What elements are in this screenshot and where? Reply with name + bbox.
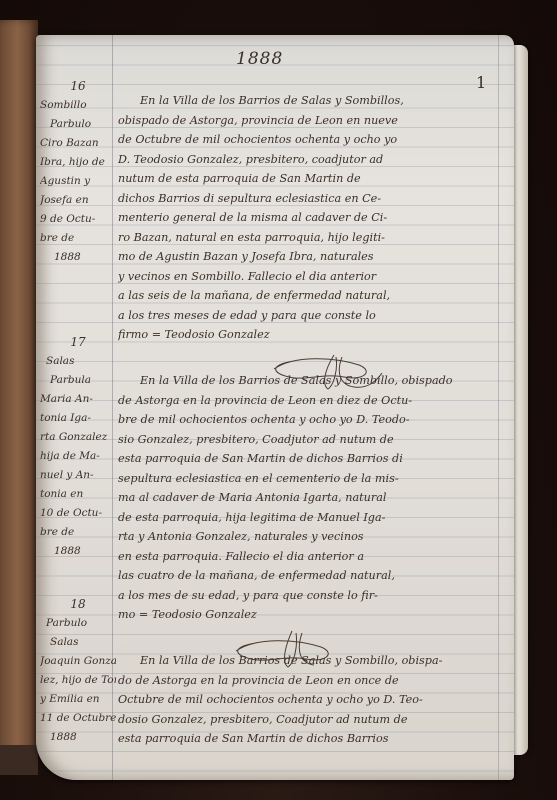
margin-line: Ciro Bazan xyxy=(40,134,116,153)
text-line: a los tres meses de edad y para que cons… xyxy=(118,306,494,326)
text-line: obispado de Astorga, provincia de Leon e… xyxy=(118,111,494,131)
margin-line: lez, hijo de Tomas xyxy=(40,671,116,690)
margin-line: Josefa en xyxy=(40,191,116,210)
margin-note: 18 Parbulo Salas Joaquin Gonza- lez, hij… xyxy=(40,595,116,747)
margin-line: 9 de Octu- xyxy=(40,210,116,229)
text-line: a las seis de la mañana, de enfermedad n… xyxy=(118,286,494,306)
text-line: las cuatro de la mañana, de enfermedad n… xyxy=(118,566,494,586)
margin-line: tonia en xyxy=(40,485,116,504)
text-line: dosio Gonzalez, presbitero, Coadjutor ad… xyxy=(118,710,494,730)
text-line: Octubre de mil ochocientos ochenta y och… xyxy=(118,690,494,710)
entry-number: 17 xyxy=(40,333,116,352)
text-line: En la Villa de los Barrios de Salas y So… xyxy=(118,91,494,111)
text-line: esta parroquia de San Martin de dichos B… xyxy=(118,449,494,469)
margin-line: Salas xyxy=(40,352,116,371)
margin-line: bre de xyxy=(40,229,116,248)
text-line: menterio general de la misma al cadaver … xyxy=(118,208,494,228)
entry-number: 18 xyxy=(40,595,116,614)
margin-line: Joaquin Gonza- xyxy=(40,652,116,671)
margin-note: 17 Salas Parbula Maria An- tonia Iga- rt… xyxy=(40,333,116,561)
margin-line: Sombillo xyxy=(40,96,116,115)
margin-note: 16 Sombillo Parbulo Ciro Bazan Ibra, hij… xyxy=(40,77,116,267)
text-line: nutum de esta parroquia de San Martin de xyxy=(118,169,494,189)
margin-line: y Emilia en xyxy=(40,690,116,709)
margin-line: hija de Ma- xyxy=(40,447,116,466)
margin-line: Agustin y xyxy=(40,172,116,191)
text-line: y vecinos en Sombillo. Fallecio el dia a… xyxy=(118,267,494,287)
year-header: 1888 xyxy=(236,49,283,69)
page-number: 1 xyxy=(476,73,486,92)
text-line: dichos Barrios di sepultura eclesiastica… xyxy=(118,189,494,209)
margin-line: Maria An- xyxy=(40,390,116,409)
entry-body: En la Villa de los Barrios de Salas y So… xyxy=(118,371,494,625)
entry-body: En la Villa de los Barrios de Salas y So… xyxy=(118,651,494,749)
text-line: En la Villa de los Barrios de Salas y So… xyxy=(118,371,494,391)
margin-line: Salas xyxy=(40,633,116,652)
text-line: a los mes de su edad, y para que conste … xyxy=(118,586,494,606)
left-page-fold xyxy=(0,745,38,775)
entry-number: 16 xyxy=(40,77,116,96)
register-page: 1888 1 16 Sombillo Parbulo Ciro Bazan Ib… xyxy=(36,35,514,780)
entry-body: En la Villa de los Barrios de Salas y So… xyxy=(118,91,494,345)
margin-line: 1888 xyxy=(40,542,116,561)
margin-line: Ibra, hijo de xyxy=(40,153,116,172)
margin-line: bre de xyxy=(40,523,116,542)
text-line: de Astorga en la provincia de Leon en di… xyxy=(118,391,494,411)
left-page-edge xyxy=(0,20,38,770)
signature-line: firmo = Teodosio Gonzalez xyxy=(118,325,494,345)
margin-line: 1888 xyxy=(40,248,116,267)
margin-line: Parbulo xyxy=(40,115,116,134)
text-line: rta y Antonia Gonzalez, naturales y veci… xyxy=(118,527,494,547)
margin-line: Parbula xyxy=(40,371,116,390)
signature-line: mo = Teodosio Gonzalez xyxy=(118,605,494,625)
margin-line: tonia Iga- xyxy=(40,409,116,428)
text-line: de Octubre de mil ochocientos ochenta y … xyxy=(118,130,494,150)
text-line: ma al cadaver de Maria Antonia Igarta, n… xyxy=(118,488,494,508)
text-line: de esta parroquia, hija legitima de Manu… xyxy=(118,508,494,528)
margin-line: 10 de Octu- xyxy=(40,504,116,523)
text-line: esta parroquia de San Martin de dichos B… xyxy=(118,729,494,749)
margin-line: Parbulo xyxy=(40,614,116,633)
text-line: bre de mil ochocientos ochenta y ocho yo… xyxy=(118,410,494,430)
text-line: sio Gonzalez, presbitero, Coadjutor ad n… xyxy=(118,430,494,450)
text-line: sepultura eclesiastica en el cementerio … xyxy=(118,469,494,489)
margin-line: 11 de Octubre de xyxy=(40,709,116,728)
text-line: En la Villa de los Barrios de Salas y So… xyxy=(118,651,494,671)
text-line: mo de Agustin Bazan y Josefa Ibra, natur… xyxy=(118,247,494,267)
right-margin-rule xyxy=(498,35,499,780)
text-line: ro Bazan, natural en esta parroquia, hij… xyxy=(118,228,494,248)
text-line: D. Teodosio Gonzalez, presbitero, coadju… xyxy=(118,150,494,170)
margin-line: rta Gonzalez xyxy=(40,428,116,447)
margin-line: nuel y An- xyxy=(40,466,116,485)
text-line: do de Astorga en la provincia de Leon en… xyxy=(118,671,494,691)
margin-line: 1888 xyxy=(40,728,116,747)
text-line: en esta parroquia. Fallecio el dia anter… xyxy=(118,547,494,567)
